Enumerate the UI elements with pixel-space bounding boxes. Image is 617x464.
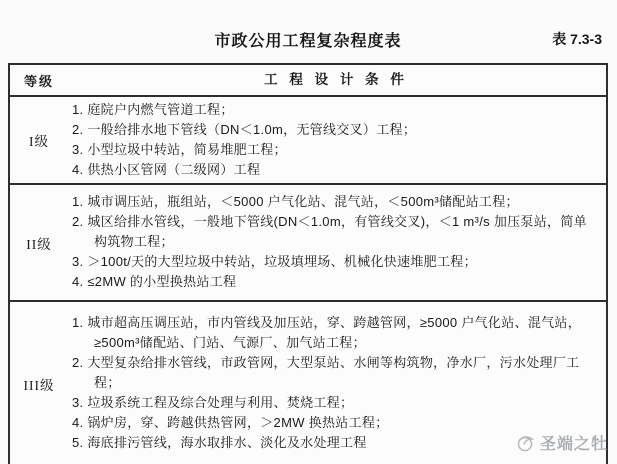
grade-3-label: III级 <box>10 302 68 464</box>
condition-item: 4. 供热小区管网（二级网）工程 <box>72 160 600 180</box>
page-title: 市政公用工程复杂程度表 <box>8 28 608 51</box>
watermark: 圣端之牡 <box>515 431 608 454</box>
table-row-grade-1: I级 1. 庭院户内燃气管道工程； 2. 一般给排水地下管线（DN＜1.0m，无… <box>10 95 606 183</box>
grade-1-label: I级 <box>10 97 68 183</box>
grade-2-conditions: 1. 城市调压站，瓶组站，＜5000 户气化站、混气站，＜500m³储配站工程；… <box>68 185 606 300</box>
condition-item: 3. 小型垃圾中转站，简易堆肥工程； <box>72 140 600 160</box>
grade-1-conditions: 1. 庭院户内燃气管道工程； 2. 一般给排水地下管线（DN＜1.0m，无管线交… <box>68 97 606 183</box>
condition-item: 3. 垃圾系统工程及综合处理与利用、焚烧工程； <box>72 393 600 413</box>
condition-item: 3. ＞100t/天的大型垃圾中转站，垃圾填埋场、机械化快速堆肥工程； <box>72 252 600 272</box>
condition-item: 1. 庭院户内燃气管道工程； <box>72 100 600 120</box>
table-row-grade-2: II级 1. 城市调压站，瓶组站，＜5000 户气化站、混气站，＜500m³储配… <box>10 183 606 300</box>
complexity-table: 等级 工 程 设 计 条 件 I级 1. 庭院户内燃气管道工程； 2. 一般给排… <box>8 63 608 464</box>
condition-item: 2. 一般给排水地下管线（DN＜1.0m，无管线交叉）工程； <box>72 120 600 140</box>
table-number: 表 7.3-3 <box>552 29 602 49</box>
condition-item: 2. 大型复杂给排水管线，市政管网，大型泵站、水闸等构筑物，净水厂，污水处理厂工… <box>72 353 600 393</box>
grade-2-label: II级 <box>10 185 68 300</box>
watermark-text: 圣端之牡 <box>540 431 608 454</box>
condition-item: 1. 城市超高压调压站，市内管线及加压站，穿、跨越管网，≥5000 户气化站、混… <box>72 313 600 353</box>
column-header-grade: 等级 <box>10 65 68 95</box>
title-row: 市政公用工程复杂程度表 表 7.3-3 <box>8 28 608 50</box>
condition-item: 2. 城区给排水管线，一般地下管线(DN＜1.0m，有管线交叉)，＜1 m³/s… <box>72 212 600 252</box>
table-header-row: 等级 工 程 设 计 条 件 <box>10 65 606 95</box>
condition-item: 4. 锅炉房，穿、跨越供热管网，＞2MW 换热站工程； <box>72 413 600 433</box>
column-header-conditions: 工 程 设 计 条 件 <box>68 65 606 95</box>
condition-item: 1. 城市调压站，瓶组站，＜5000 户气化站、混气站，＜500m³储配站工程； <box>72 192 600 212</box>
publisher-logo-icon <box>515 433 535 453</box>
document-page: 市政公用工程复杂程度表 表 7.3-3 等级 工 程 设 计 条 件 I级 1.… <box>0 0 617 464</box>
condition-item: 4. ≤2MW 的小型换热站工程 <box>72 272 600 292</box>
